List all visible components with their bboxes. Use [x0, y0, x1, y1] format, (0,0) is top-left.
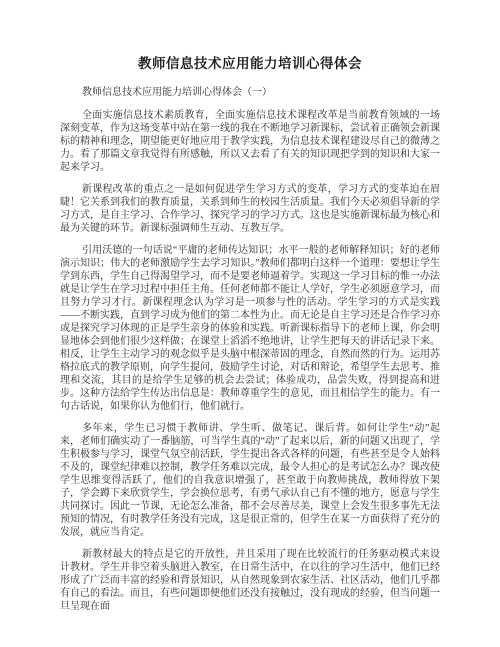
- document-title: 教师信息技术应用能力培训心得体会: [60, 55, 440, 73]
- document-page: 教师信息技术应用能力培训心得体会 教师信息技术应用能力培训心得体会（一） 全面实…: [0, 0, 500, 647]
- document-subtitle: 教师信息技术应用能力培训心得体会（一）: [60, 86, 440, 99]
- paragraph-intro: 全面实施信息技术素质教育，全面实施信息技术课程改革是当前教育领域的一场深刻变革，…: [60, 109, 440, 174]
- paragraph-students-active: 多年来，学生已习惯于教师讲、学生听、做笔记、课后背。如何让学生“动”起来，老师们…: [60, 422, 440, 539]
- paragraph-new-textbook: 新教材最大的特点是它的开放性，并且采用了现在比较流行的任务驱动模式来设计教材。学…: [60, 548, 440, 613]
- paragraph-curriculum-reform: 新课程改革的重点之一是如何促进学生学习方式的变革，学习方式的变革迫在眉睫！它关系…: [60, 183, 440, 235]
- paragraph-ward-quote: 引用沃德的一句话说“平庸的老师传达知识；水平一般的老师解释知识；好的老师演示知识…: [60, 244, 440, 413]
